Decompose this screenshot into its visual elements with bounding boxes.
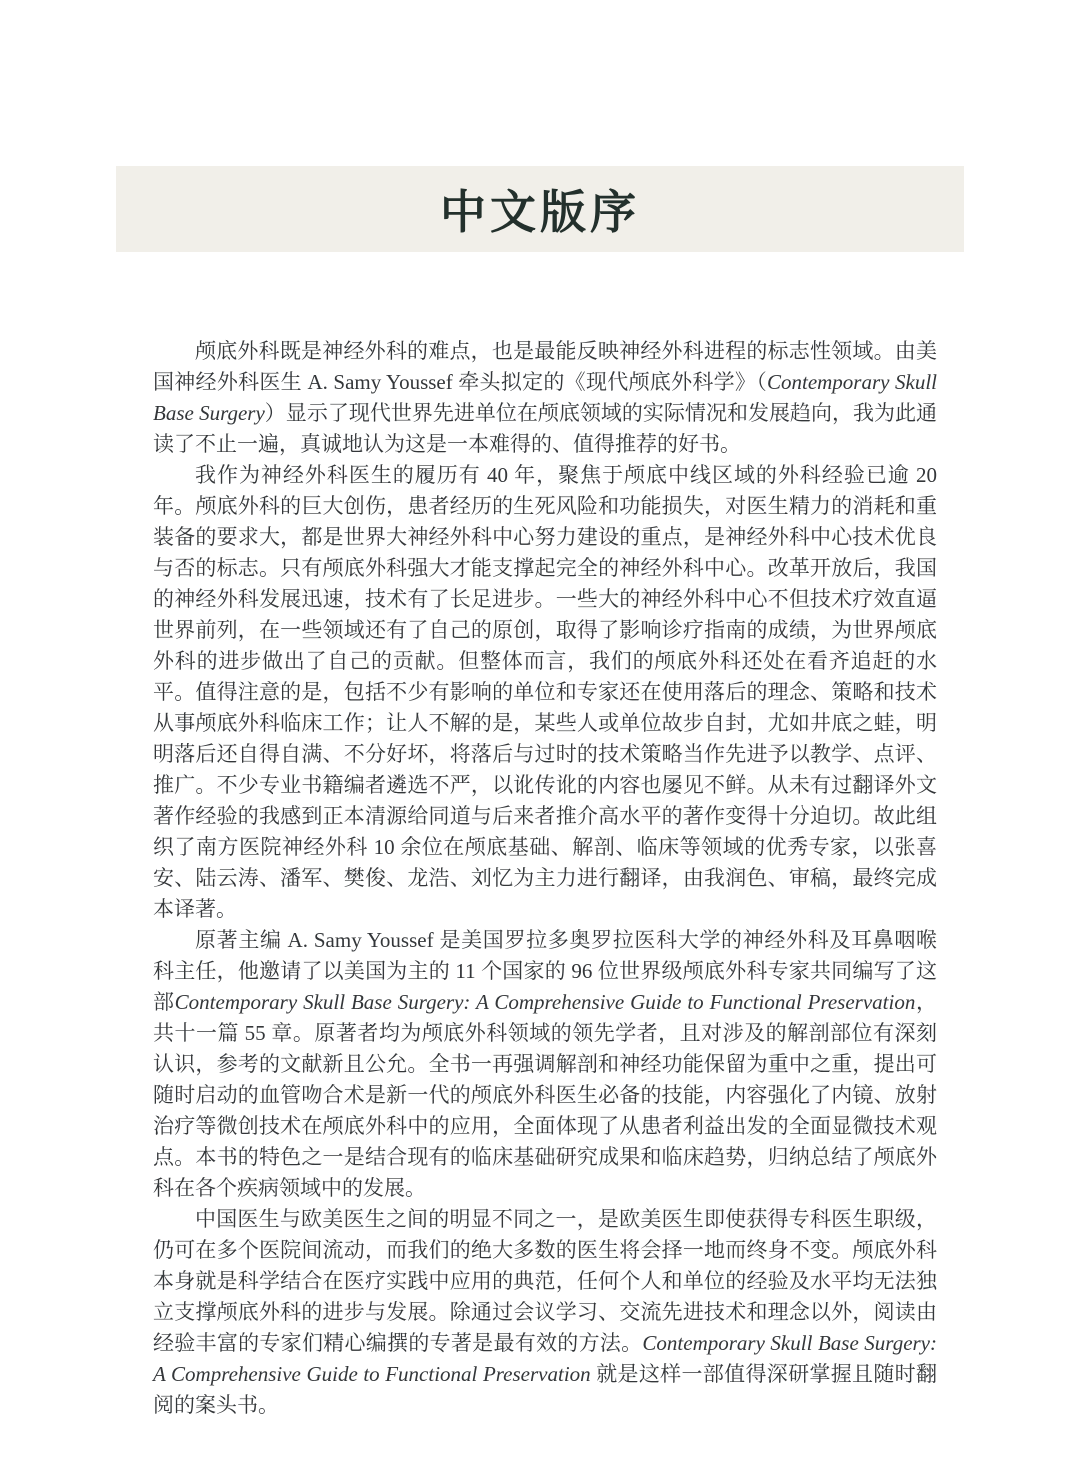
- preface-paragraph-3: 原著主编 A. Samy Youssef 是美国罗拉多奥罗拉医科大学的神经外科及…: [153, 925, 937, 1204]
- book-title-italic: Contemporary Skull Base Surgery: A Compr…: [175, 990, 916, 1014]
- paragraph-text: ）显示了现代世界先进单位在颅底领域的实际情况和发展趋向，我为此通读了不止一遍，真…: [153, 401, 937, 456]
- preface-paragraph-1: 颅底外科既是神经外科的难点，也是最能反映神经外科进程的标志性领域。由美国神经外科…: [153, 336, 937, 460]
- document-page: 中文版序 颅底外科既是神经外科的难点，也是最能反映神经外科进程的标志性领域。由美…: [0, 0, 1080, 1466]
- page-title: 中文版序: [440, 176, 640, 242]
- paragraph-text: ，共十一篇 55 章。原著者均为颅底外科领域的领先学者，且对涉及的解剖部位有深刻…: [153, 990, 937, 1200]
- paragraph-text: 我作为神经外科医生的履历有 40 年，聚焦于颅底中线区域的外科经验已逾 20 年…: [153, 463, 937, 921]
- preface-body: 颅底外科既是神经外科的难点，也是最能反映神经外科进程的标志性领域。由美国神经外科…: [153, 336, 937, 1421]
- preface-paragraph-4: 中国医生与欧美医生之间的明显不同之一，是欧美医生即使获得专科医生职级，仍可在多个…: [153, 1204, 937, 1421]
- preface-paragraph-2: 我作为神经外科医生的履历有 40 年，聚焦于颅底中线区域的外科经验已逾 20 年…: [153, 460, 937, 925]
- chapter-title-banner: 中文版序: [116, 166, 964, 252]
